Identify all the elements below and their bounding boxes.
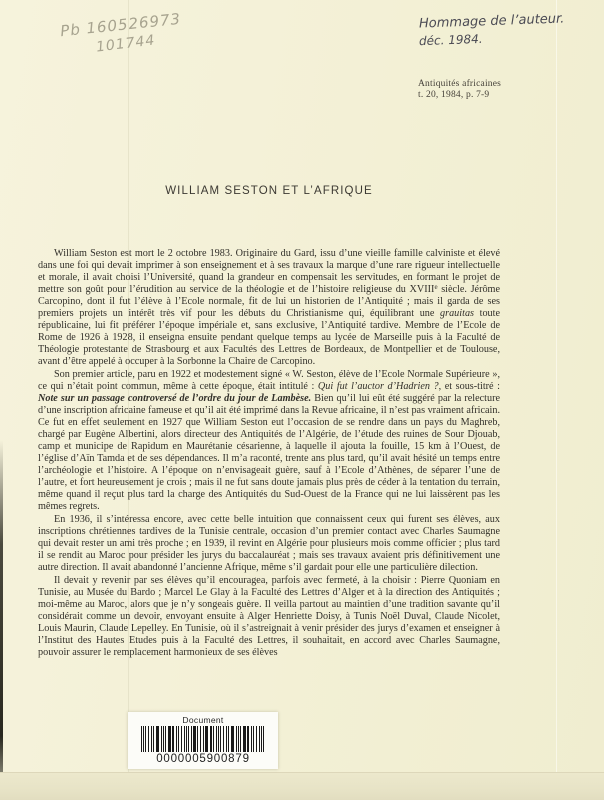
handwritten-dedication-line2: déc. 1984. xyxy=(419,32,483,48)
article-paragraph: En 1936, il s’intéressa encore, avec cet… xyxy=(38,514,500,574)
handwritten-dedication-line1: Hommage de l’auteur. xyxy=(419,11,565,31)
scanned-document-page: Pb 160526973 101744 Hommage de l’auteur.… xyxy=(0,0,604,800)
pencil-shelfmark-line2: 101744 xyxy=(95,32,156,55)
library-barcode-label: Document 0000005900879 xyxy=(128,712,278,769)
barcode-bars xyxy=(137,726,269,752)
journal-reference: Antiquités africaines t. 20, 1984, p. 7-… xyxy=(418,79,501,101)
journal-name: Antiquités africaines xyxy=(418,79,501,90)
paper-fold-line xyxy=(556,0,557,800)
page-left-edge-shadow xyxy=(0,0,3,800)
journal-volume-pages: t. 20, 1984, p. 7-9 xyxy=(418,90,501,101)
article-paragraph: William Seston est mort le 2 octobre 198… xyxy=(38,248,500,368)
article-paragraph: Il devait y revenir par ses élèves qu’il… xyxy=(38,575,500,659)
article-body: William Seston est mort le 2 octobre 198… xyxy=(38,248,500,660)
page-bottom-edge xyxy=(0,772,604,800)
article-title: WILLIAM SESTON ET L’AFRIQUE xyxy=(38,185,500,197)
article-paragraph: Son premier article, paru en 1922 et mod… xyxy=(38,369,500,513)
barcode-caption: Document xyxy=(128,712,278,725)
barcode-number: 0000005900879 xyxy=(128,753,278,765)
